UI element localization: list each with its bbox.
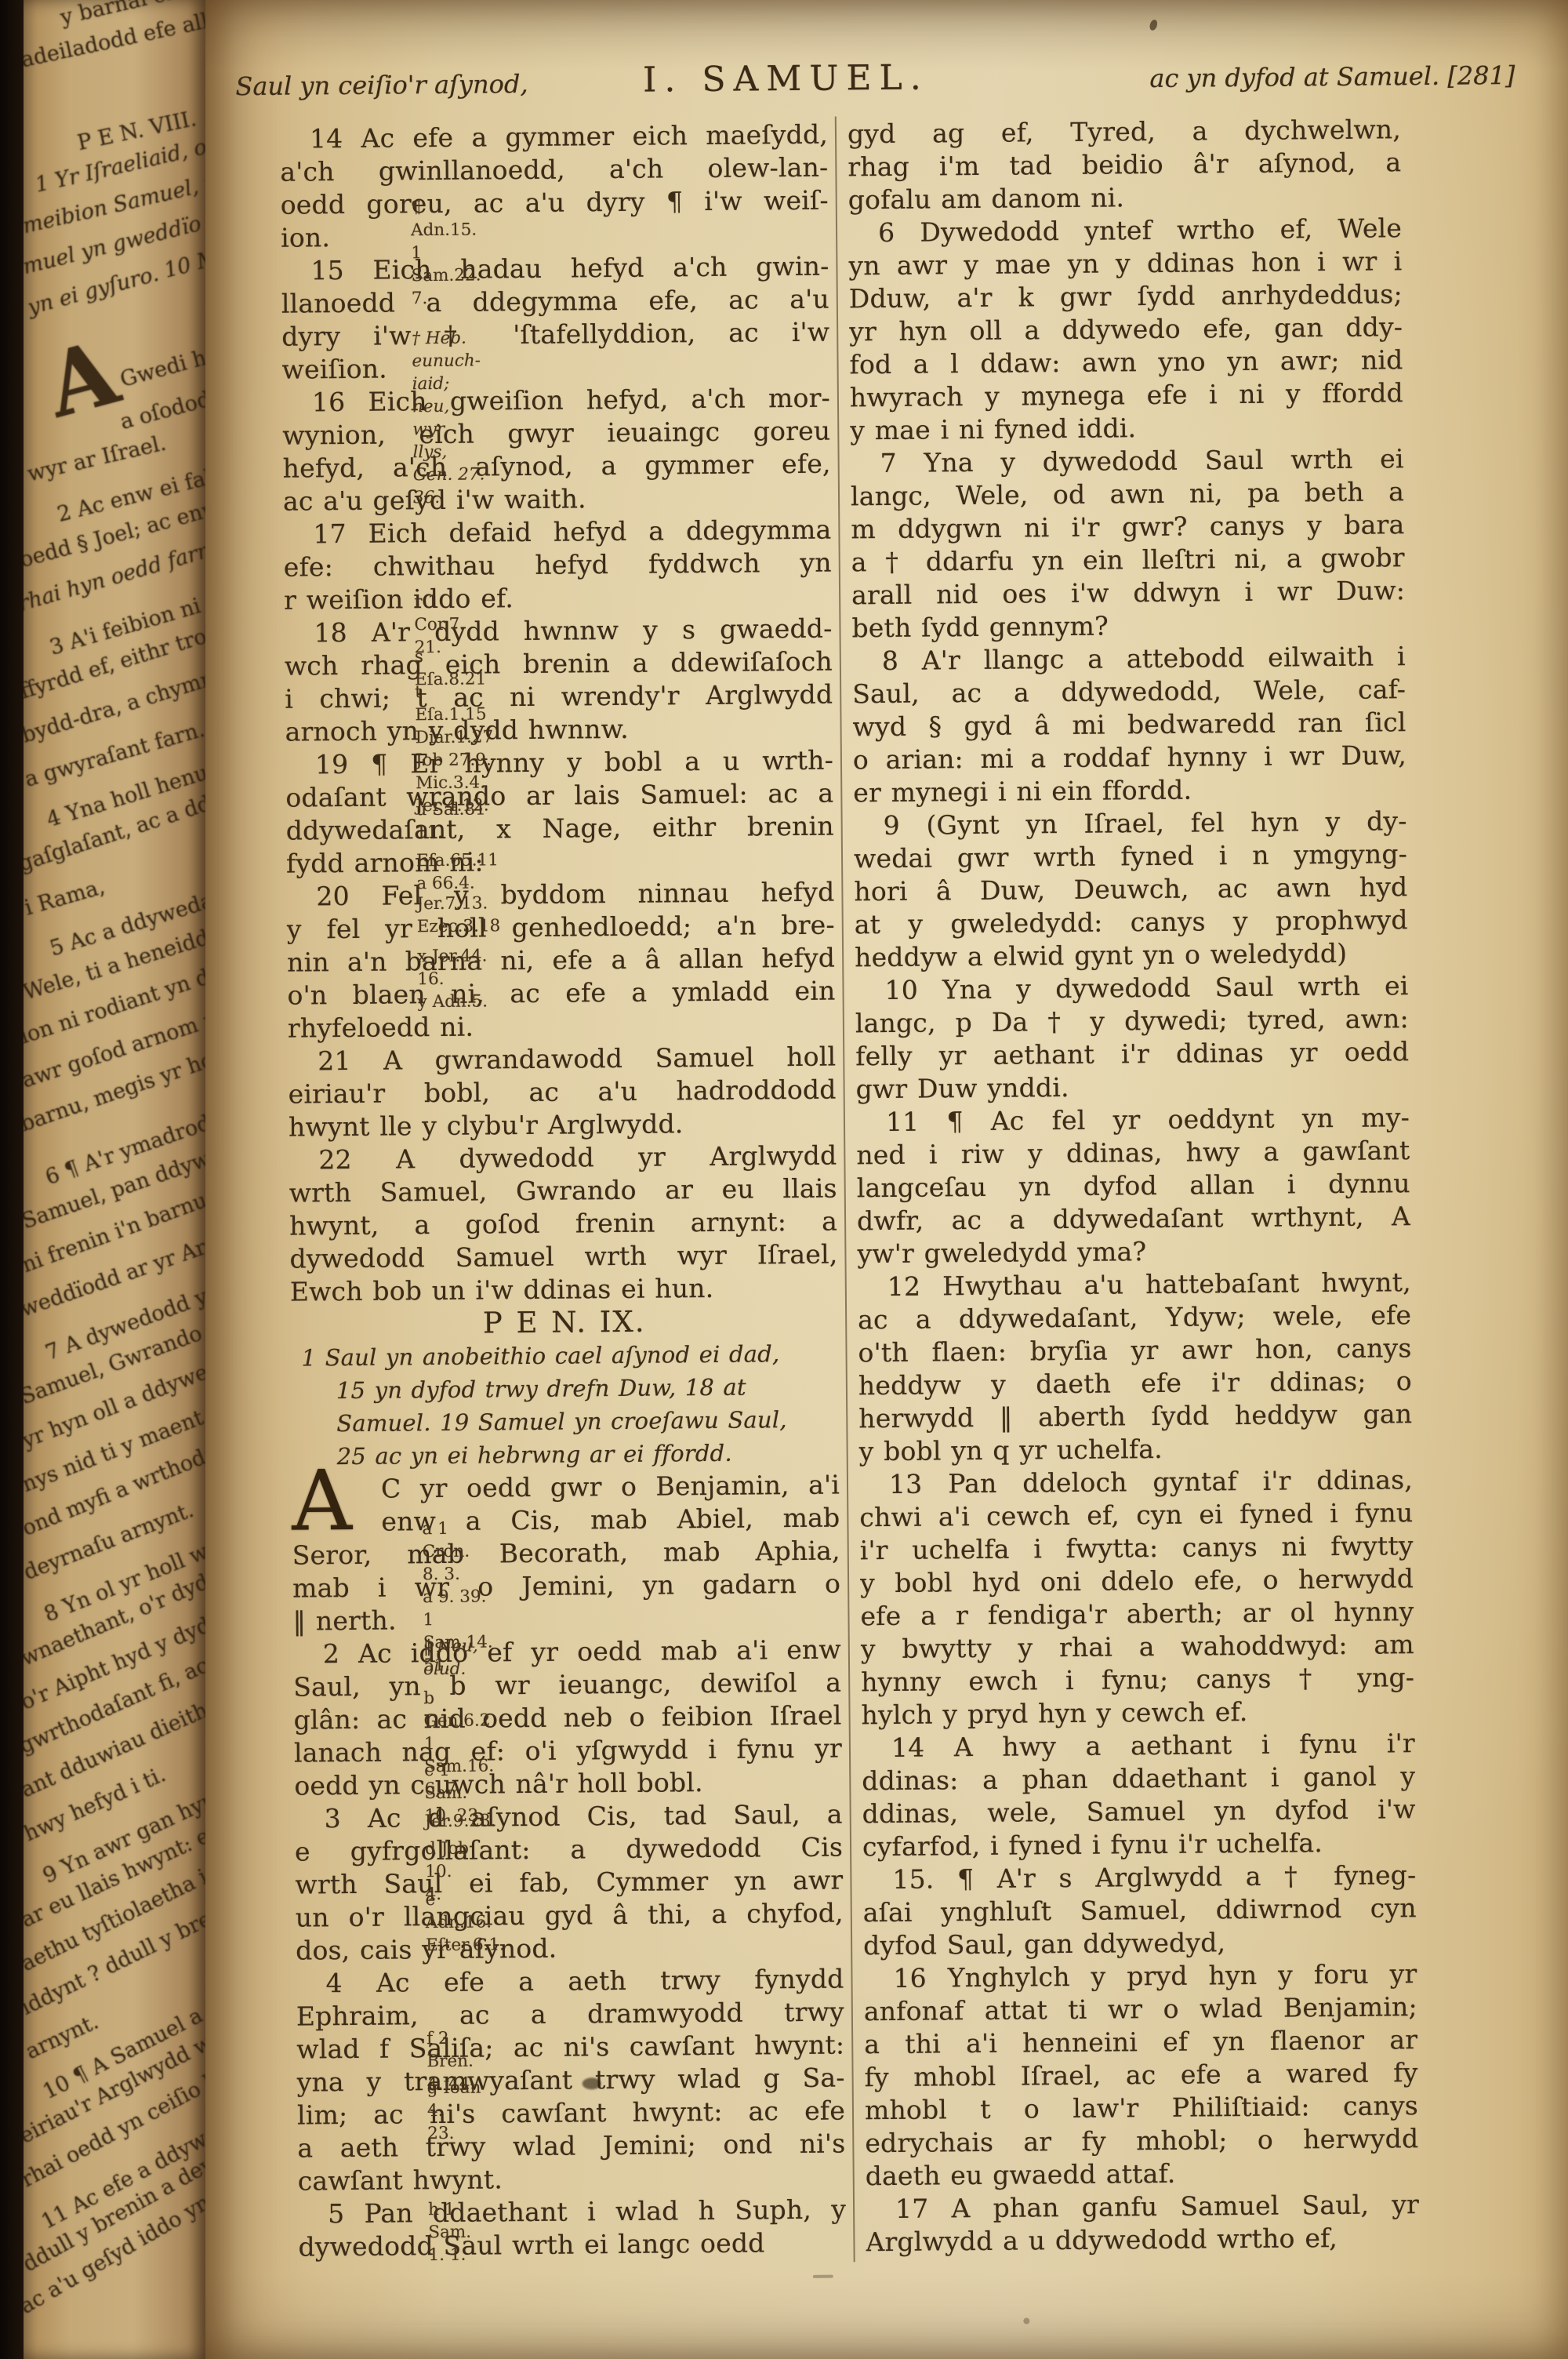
text-line: hwynt, a goſod frenin arnynt: a bbox=[289, 1205, 837, 1243]
text-line: P E N. IX. bbox=[290, 1304, 838, 1342]
margin-note: u Sal.81 11. bbox=[416, 798, 486, 844]
text-line: 15. ¶ A'r s Arglwydd a † fyneg- bbox=[862, 1859, 1416, 1896]
text-line: dyry i'w † 'ſtafellyddion, ac i'w bbox=[281, 316, 829, 354]
text-line: dos, cais yr aſynod. bbox=[296, 1930, 844, 1968]
text-line: mhobl t o law'r Philiſtiaid: canys bbox=[865, 2089, 1418, 2127]
text-line: arall nid oes i'w ddwyn i wr Duw: bbox=[851, 574, 1405, 612]
text-line: Saul, ac a ddywedodd, Wele, caf- bbox=[852, 673, 1406, 711]
text-line: 15 yn dyfod trwy drefn Duw, 18 at bbox=[291, 1370, 839, 1408]
text-line: Arglwydd a u ddywedodd wrtho ef, bbox=[866, 2221, 1419, 2259]
text-line: 14 A hwy a aethant i fynu i'r bbox=[862, 1727, 1415, 1765]
left-text-column: A 14 Ac efe a gymmer eich maeſydd,a'ch g… bbox=[205, 118, 847, 2265]
text-line: 22 A dywedodd yr Arglwydd bbox=[289, 1140, 837, 1177]
text-line: y mae i ni fyned iddi. bbox=[850, 409, 1403, 447]
text-line: 18 A'r dydd hwnnw y s gwaedd- bbox=[284, 612, 832, 650]
right-column-lines: gyd ag ef, Tyred, a dychwelwn,rhag i'm t… bbox=[848, 113, 1420, 2259]
text-line: gofalu am danom ni. bbox=[848, 179, 1402, 216]
text-line: yw'r gweledydd yma? bbox=[857, 1233, 1410, 1270]
text-line: 12 Hwythau a'u hattebaſant hwynt, bbox=[858, 1266, 1411, 1303]
running-head-title: I. SAMUEL. bbox=[637, 57, 935, 100]
margin-note: Jer.7.13. bbox=[416, 892, 488, 915]
text-line: ac a'u geſyd i'w waith. bbox=[283, 481, 831, 518]
text-line: arnoch yn y dydd hwnnw. bbox=[285, 711, 833, 749]
text-line: oedd goreu, ac a'u dyry ¶ i'w weiſ- bbox=[281, 184, 829, 222]
text-line: m ddygwn ni i'r gwr? canys y bara bbox=[851, 508, 1404, 546]
text-line: nin a'n barna ni, efe a â allan hefyd bbox=[287, 942, 835, 980]
left-column-lines: 14 Ac efe a gymmer eich maeſydd,a'ch gwi… bbox=[280, 118, 847, 2264]
text-line: 16 Eich gweiſion hefyd, a'ch mor- bbox=[282, 382, 830, 420]
text-line: hwynt lle y clybu'r Arglwydd. bbox=[289, 1107, 837, 1144]
text-line: rhag i'm tad beidio â'r aſynod, a bbox=[848, 146, 1401, 184]
text-line: lim; ac ni's cawſant hwynt: ac efe bbox=[297, 2095, 845, 2132]
text-line: y fel yr holl genhedloedd; a'n bre- bbox=[287, 909, 835, 947]
text-line: 2 Ac iddo ef yr oedd mab a'i enw bbox=[293, 1634, 841, 1671]
text-line: glân: ac nid oedd neb o feibion Iſrael bbox=[293, 1699, 841, 1737]
text-line: 7 Yna y dywedodd Saul wrth ei bbox=[850, 442, 1403, 480]
text-line: fydd arnom ni: bbox=[286, 843, 834, 881]
page-content: Saul yn ceiſio'r aſynod, I. SAMUEL. ac y… bbox=[198, 0, 1568, 2359]
drop-cap-letter: A bbox=[292, 1462, 352, 1541]
text-line: langceſau yn dyfod allan i dynnu bbox=[857, 1167, 1410, 1205]
text-line: ‖ nerth. bbox=[292, 1601, 840, 1638]
text-line: ac a ddywedaſant, Ydyw; wele, efe bbox=[858, 1299, 1411, 1336]
text-line: a † ddarfu yn ein lleſtri ni, a gwobr bbox=[851, 541, 1405, 579]
text-line: Ephraim, ac a dramwyodd trwy bbox=[296, 1996, 844, 2034]
text-line: 1 Saul yn anobeithio cael aſynod ei dad, bbox=[290, 1337, 838, 1375]
text-line: 5 Pan ddaethant i wlad h Suph, y bbox=[298, 2194, 846, 2231]
margin-note: ‖ Neu, olud. bbox=[423, 1635, 478, 1681]
text-line: efe a r fendiga'r aberth; ar ol hynny bbox=[860, 1595, 1414, 1633]
text-line: yr hyn oll a ddywedo efe, gan ddy- bbox=[849, 311, 1403, 348]
margin-note: † Heb. eunuch- iaid; neu, wyr llys, Gen.… bbox=[412, 326, 487, 509]
text-line: Seror, mab Becorath, mab Aphia, bbox=[292, 1535, 840, 1572]
text-line: 25 ac yn ei hebrwng ar ei ffordd. bbox=[291, 1436, 839, 1474]
text-line: Dduw, a'r k gwr ſydd anrhydeddus; bbox=[849, 278, 1403, 315]
previous-page-text-fragment: A bbox=[36, 322, 129, 438]
previous-page-text-fragment: wyr ar Iſrael. bbox=[25, 431, 169, 486]
text-line: daeth eu gwaedd attaf. bbox=[866, 2155, 1419, 2193]
text-line: gwr Duw ynddi. bbox=[855, 1068, 1409, 1106]
right-text-column: gyd ag ef, Tyred, a dychwelwn,rhag i'm t… bbox=[848, 113, 1423, 2259]
book-photo: y barnai efe Iſrael;adeiladodd efe allor… bbox=[0, 0, 1568, 2359]
text-line: er mynegi i ni ein ffordd. bbox=[853, 772, 1406, 809]
text-line: dywedodd Samuel wrth wyr Iſrael, bbox=[289, 1238, 837, 1276]
text-line: ddinas: a phan ddaethant i ganol y bbox=[862, 1760, 1415, 1797]
text-line: wedai gwr wrth fyned i n ymgyng- bbox=[854, 838, 1407, 875]
margin-note: Eſa.65.11 a 66.4. bbox=[416, 849, 499, 895]
text-line: a'ch gwinllanoedd, a'ch olew-lan- bbox=[280, 151, 828, 189]
margin-note: ¶ Adn.15. 1 Sam.22. 7. bbox=[411, 195, 485, 310]
text-line: heddyw y daeth efe i'r ddinas; o bbox=[858, 1365, 1412, 1402]
text-line: 9 (Gynt yn Iſrael, fel hyn y dy- bbox=[854, 805, 1407, 842]
text-line: dwfr, ac a ddywedaſant wrthynt, A bbox=[857, 1200, 1410, 1238]
text-line: C yr oedd gwr o Benjamin, a'i bbox=[292, 1469, 840, 1507]
text-line: i'r uchelfa i fwytta: canys ni fwytty bbox=[860, 1529, 1414, 1567]
text-line: anfonaf attat ti wr o wlad Benjamin; bbox=[864, 1990, 1417, 2028]
text-line: felly yr aethant i'r ddinas yr oedd bbox=[855, 1035, 1409, 1073]
text-line: lanach nag ef: o'i yſgwydd i fynu yr bbox=[294, 1732, 842, 1770]
text-line: 16 Ynghylch y pryd hyn y foru yr bbox=[863, 1957, 1417, 1995]
text-line: gyd ag ef, Tyred, a dychwelwn, bbox=[848, 113, 1401, 151]
text-line: 20 Fel y byddom ninnau hefyd bbox=[286, 876, 834, 914]
text-line: 15 Eich hadau hefyd a'ch gwin- bbox=[281, 250, 829, 288]
text-line: enw a Cis, mab Abiel, mab bbox=[292, 1502, 840, 1539]
text-line: e gyfrgollaſant: a dywedodd Cis bbox=[295, 1831, 843, 1869]
previous-page-text-fragment: Gwedi heneiddio Sam bbox=[118, 308, 212, 392]
text-line: cawſant hwynt. bbox=[298, 2161, 846, 2198]
text-line: hynny ewch i fynu; canys † yng- bbox=[861, 1661, 1414, 1699]
text-line: llanoedd a ddegymma efe, ac a'u bbox=[281, 283, 829, 321]
text-line: 17 Eich defaid hefyd a ddegymma bbox=[283, 514, 831, 551]
text-line: r weiſion iddo ef. bbox=[284, 580, 832, 617]
previous-page-edge: y barnai efe Iſrael;adeiladodd efe allor… bbox=[24, 0, 212, 2359]
margin-note: e Adn.16. Eſter.6.1. bbox=[425, 1888, 505, 1957]
text-line: y bobl yn q yr uchelfa. bbox=[858, 1430, 1412, 1468]
text-line: cyfarfod, i fyned i fynu i'r uchelfa. bbox=[862, 1826, 1416, 1863]
text-line: y bobl hyd oni ddelo efe, o herwydd bbox=[860, 1562, 1414, 1600]
text-line: ddywedaſant, x Nage, eithr brenin bbox=[286, 810, 834, 848]
margin-note: Jer.9.23. bbox=[425, 1809, 496, 1833]
text-line: i chwi; t ac ni wrendy'r Arglwydd bbox=[285, 678, 833, 716]
margin-note: y Adn.5. bbox=[418, 990, 488, 1013]
text-line: wyd § gyd â mi bedwaredd ran ſicl bbox=[852, 706, 1406, 743]
text-line: langc, p Da † y dywedi; tyred, awn: bbox=[855, 1002, 1409, 1040]
text-line: hori â Duw, Deuwch, ac awn hyd bbox=[854, 871, 1407, 908]
text-line: herwydd ‖ aberth ſydd heddyw gan bbox=[858, 1398, 1412, 1435]
text-line: y bwytty y rhai a wahoddwyd: am bbox=[861, 1628, 1414, 1666]
text-line: mab i wr o Jemini, yn gadarn o bbox=[292, 1568, 840, 1605]
text-line: weiſion. bbox=[281, 349, 829, 387]
text-line: ned i riw y ddinas, hwy a gawſant bbox=[856, 1134, 1410, 1172]
text-line: un o'r llangciau gyd â thi, a chyfod, bbox=[296, 1897, 844, 1935]
text-line: 3 Ac d aſynod Cis, tad Saul, a bbox=[295, 1798, 843, 1836]
text-line: at y gweledydd: canys y prophwyd bbox=[855, 903, 1408, 941]
text-line: 10 Yna y dywedodd Saul wrth ei bbox=[855, 969, 1408, 1007]
text-line: 8 A'r llangc a attebodd eilwaith i bbox=[852, 640, 1406, 678]
text-line: 4 Ac efe a aeth trwy fynydd bbox=[296, 1963, 844, 2001]
text-line: rhyfeloedd ni. bbox=[288, 1008, 836, 1045]
margin-note: x Jer.44. 16. bbox=[417, 944, 488, 990]
text-line: dywedodd Saul wrth ei langc oedd bbox=[298, 2226, 846, 2264]
text-line: wrth Samuel, Gwrando ar eu llais bbox=[289, 1172, 837, 1210]
text-line: 6 Dywedodd yntef wrtho ef, Wele bbox=[848, 212, 1402, 249]
text-line: 19 ¶ Er hynny y bobl a u wrth- bbox=[285, 744, 833, 782]
previous-page-text-fragment: i Rama, bbox=[24, 874, 107, 921]
margin-note: Ezec.3.18 bbox=[417, 914, 501, 938]
text-line: wlad f Saliſa; ac ni's cawſant hwynt: bbox=[296, 2029, 844, 2066]
text-line: heddyw a elwid gynt yn o weledydd) bbox=[855, 936, 1408, 974]
text-line: Ewch bob un i'w ddinas ei hun. bbox=[290, 1271, 838, 1309]
text-line: wch rhag eich brenin a ddewiſaſoch bbox=[285, 645, 833, 683]
text-line: a aeth trwy wlad Jemini; ond ni's bbox=[297, 2128, 845, 2165]
ink-dash-mark bbox=[813, 2275, 833, 2278]
text-line: wrth Saul ei fab, Cymmer yn awr bbox=[295, 1864, 843, 1902]
text-line: langc, Wele, od awn ni, pa beth a bbox=[851, 475, 1404, 513]
text-line: 21 A gwrandawodd Samuel holl bbox=[288, 1041, 836, 1078]
text-line: Saul, yn b wr ieuangc, dewiſol a bbox=[293, 1667, 841, 1704]
text-line: yna y tramwyaſant trwy wlad g Sa- bbox=[296, 2062, 844, 2099]
running-head-left: Saul yn ceiſio'r aſynod, bbox=[235, 69, 528, 101]
text-line: fy mhobl Iſrael, ac efe a wared fy bbox=[864, 2056, 1417, 2094]
text-line: aſai ynghluſt Samuel, ddiwrnod cyn bbox=[863, 1892, 1417, 1929]
text-line: ddinas, wele, Samuel yn dyfod i'w bbox=[862, 1793, 1416, 1830]
text-line: 14 Ac efe a gymmer eich maeſydd, bbox=[280, 118, 828, 156]
text-line: beth ſydd gennym? bbox=[851, 607, 1405, 645]
margin-note: g Ioan 4. 23. bbox=[427, 2076, 502, 2145]
text-line: hylch y pryd hyn y cewch ef. bbox=[861, 1694, 1414, 1732]
text-line: 13 Pan ddeloch gyntaf i'r ddinas, bbox=[859, 1463, 1413, 1501]
text-line: wynion, eich gwyr ieuaingc goreu bbox=[282, 415, 830, 453]
text-line: fod a l ddaw: awn yno yn awr; nid bbox=[849, 343, 1403, 381]
text-line: 17 A phan ganfu Samuel Saul, yr bbox=[866, 2188, 1419, 2226]
margin-note: t Eſa.1.15 Diar.1.27 Job 27.9. Mic.3.4. … bbox=[415, 680, 494, 817]
text-line: a thi a'i henneini ef yn flaenor ar bbox=[864, 2023, 1417, 2061]
text-line: o arian: mi a roddaf hynny i wr Duw, bbox=[853, 739, 1406, 776]
text-line: oedd yn c uwch nâ'r holl bobl. bbox=[294, 1765, 842, 1803]
text-line: yn awr y mae yn y ddinas hon i wr i bbox=[848, 245, 1402, 282]
text-line: edrychais ar fy mhobl; o herwydd bbox=[865, 2122, 1418, 2160]
text-line: o'n blaen ni, ac efe a ymladd ein bbox=[287, 975, 835, 1012]
text-line: odaſant wrando ar lais Samuel: ac a bbox=[285, 777, 833, 815]
text-line: 11 ¶ Ac fel yr oeddynt yn my- bbox=[856, 1101, 1410, 1139]
text-line: chwi a'i cewch ef, cyn ei fyned i fynu bbox=[859, 1496, 1413, 1534]
text-line: hefyd, a'ch aſynod, a gymmer efe, bbox=[283, 448, 831, 485]
running-head-right-with-page-number: ac yn dyfod at Samuel. [281] bbox=[1107, 60, 1515, 94]
bible-page: Saul yn ceiſio'r aſynod, I. SAMUEL. ac y… bbox=[205, 0, 1568, 2359]
ink-speck bbox=[1149, 19, 1159, 31]
text-line: ion. bbox=[281, 217, 829, 255]
text-line: efe: chwithau hefyd fyddwch yn bbox=[284, 547, 832, 584]
ink-dot-mark bbox=[1023, 2317, 1029, 2324]
text-line: Samuel. 19 Samuel yn croeſawu Saul, bbox=[291, 1403, 839, 1441]
text-line: eiriau'r bobl, ac a'u hadroddodd bbox=[288, 1074, 836, 1111]
margin-note: h 1 Sam. 1. 1. bbox=[428, 2197, 503, 2266]
text-line: hwyrach y mynega efe i ni y ffordd bbox=[850, 376, 1403, 414]
text-line: o'th flaen: bryſia yr awr hon, canys bbox=[858, 1332, 1411, 1369]
text-line: dyfod Saul, gan ddywedyd, bbox=[863, 1925, 1417, 1962]
